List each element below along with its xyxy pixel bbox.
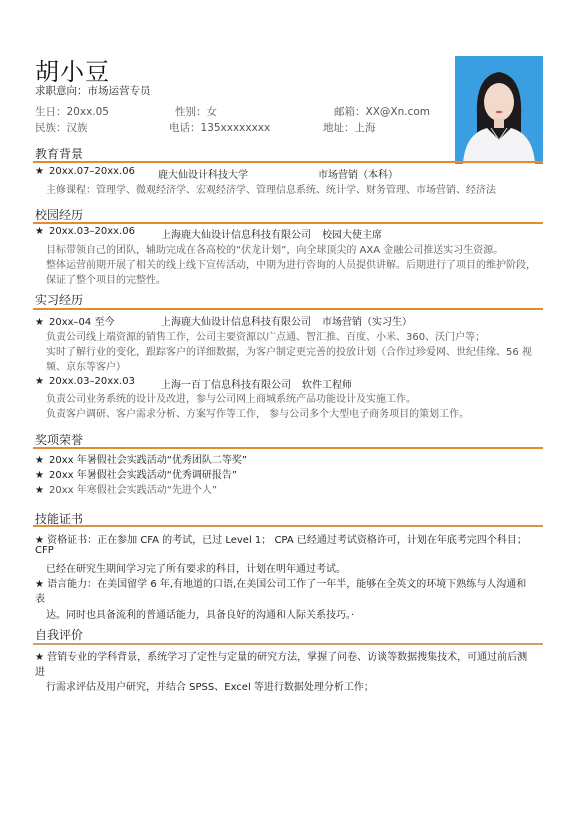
section-divider — [33, 308, 543, 310]
ethnicity: 民族：汉族 — [35, 120, 88, 135]
entry-role: 校园大使主席 — [322, 226, 382, 241]
star-icon: ★ — [35, 376, 49, 387]
candidate-name: 胡小豆 — [35, 52, 110, 87]
phone: 电话：135xxxxxxxx — [169, 120, 270, 135]
entry-detail: 整体运营前期开展了相关的线上线下宣传活动，中期为进行咨询的人员提供讲解。后期进行… — [46, 256, 536, 271]
campus-entry: ★20xx.03–20xx.06 — [35, 226, 135, 237]
entry-detail: 主修课程：管理学、微观经济学、宏观经济学、管理信息系统、统计学、财务管理、市场营… — [46, 181, 496, 196]
self-eval-line: 行需求评估及用户研究，并结合 SPSS、Excel 等进行数据处理分析工作； — [46, 678, 374, 693]
self-eval-line: ★ 营销专业的学科背景，系统学习了定性与定量的研究方法，掌握了问卷、访谈等数据搜… — [35, 648, 527, 663]
award-text: 20xx 年暑假社会实践活动“优秀调研报告” — [49, 470, 237, 481]
entry-detail: 频、京东等客户） — [46, 358, 126, 373]
birthday: 生日：20xx.05 — [35, 104, 109, 119]
section-title-internship: 实习经历 — [35, 291, 83, 308]
star-icon: ★ — [35, 226, 49, 237]
self-eval-line: 进 — [35, 663, 45, 678]
entry-detail: 实时了解行业的变化，跟踪客户的详细数据，为客户制定更完善的投放计划（合作过珍爱网… — [46, 343, 532, 358]
skill-line: ★ 语言能力：在美国留学 6 年,有地道的口语,在美国公司工作了一年半，能够在全… — [35, 575, 526, 590]
entry-role: 市场营销（本科） — [318, 166, 398, 181]
email: 邮箱：XX@Xn.com — [334, 104, 430, 119]
section-divider — [33, 161, 543, 163]
gender: 性别：女 — [175, 104, 217, 119]
star-icon: ★ — [35, 470, 49, 481]
skill-line: 达。同时也具备流利的普通话能力，具备良好的沟通和人际关系技巧。· — [46, 606, 354, 621]
entry-date: 20xx–04 至今 — [49, 317, 114, 328]
star-icon: ★ — [35, 166, 49, 177]
award-item: ★20xx 年暑假社会实践活动“优秀团队二等奖” — [35, 451, 247, 466]
star-icon: ★ — [35, 455, 49, 466]
award-item: ★20xx 年暑假社会实践活动“优秀调研报告” — [35, 466, 237, 481]
entry-role: 市场营销（实习生） — [322, 313, 412, 328]
entry-org: 上海一百丁信息科技有限公司 — [161, 376, 291, 391]
entry-org: 鹿大仙设计科技大学 — [158, 166, 248, 181]
star-icon: ★ — [35, 317, 49, 328]
education-entry: ★20xx.07–20xx.06 — [35, 166, 135, 177]
skill-line: ★ 资格证书：正在参加 CFA 的考试，已过 Level 1； CPA 已经通过… — [35, 531, 527, 546]
section-divider — [33, 447, 543, 449]
address: 地址：上海 — [323, 120, 376, 135]
entry-date: 20xx.03–20xx.03 — [49, 376, 135, 387]
section-divider — [33, 643, 543, 645]
profile-photo — [455, 56, 543, 164]
section-title-awards: 奖项荣誉 — [35, 431, 83, 448]
job-intent: 求职意向：市场运营专员 — [35, 83, 151, 98]
skill-line: CFP — [35, 545, 54, 556]
award-text: 20xx 年寒假社会实践活动“先进个人” — [49, 485, 217, 496]
entry-detail: 负责公司线上端资源的销售工作，公司主要资源以广点通、智汇推、百度、小米、360、… — [46, 328, 485, 343]
entry-org: 上海鹿大仙设计信息科技有限公司 — [161, 226, 311, 241]
section-title-education: 教育背景 — [35, 145, 83, 162]
section-title-campus: 校园经历 — [35, 206, 83, 223]
entry-detail: 目标带领自己的团队，辅助完成在各高校的“伏龙计划”，向全球顶尖的 AXA 金融公… — [46, 241, 503, 256]
skill-line: 表 — [35, 590, 45, 605]
section-title-self-eval: 自我评价 — [35, 626, 83, 643]
entry-date: 20xx.07–20xx.06 — [49, 166, 135, 177]
entry-org: 上海鹿大仙设计信息科技有限公司 — [161, 313, 311, 328]
internship-entry: ★20xx–04 至今 — [35, 313, 114, 328]
section-divider — [33, 222, 543, 224]
entry-role: 软件工程师 — [302, 376, 352, 391]
section-divider — [33, 525, 543, 527]
entry-detail: 保证了整个项目的完整性。 — [46, 271, 166, 286]
award-text: 20xx 年暑假社会实践活动“优秀团队二等奖” — [49, 455, 247, 466]
star-icon: ★ — [35, 485, 49, 496]
skill-line: 已经在研究生期间学习完了所有要求的科目，计划在明年通过考试。 — [46, 560, 346, 575]
internship-entry: ★20xx.03–20xx.03 — [35, 376, 135, 387]
entry-detail: 负责客户调研、客户需求分析、方案写作等工作， 参与公司多个大型电子商务项目的策划… — [46, 405, 469, 420]
entry-detail: 负责公司业务系统的设计及改进，参与公司网上商城系统产品功能设计及实施工作。 — [46, 390, 416, 405]
entry-date: 20xx.03–20xx.06 — [49, 226, 135, 237]
award-item: ★20xx 年寒假社会实践活动“先进个人” — [35, 481, 217, 496]
